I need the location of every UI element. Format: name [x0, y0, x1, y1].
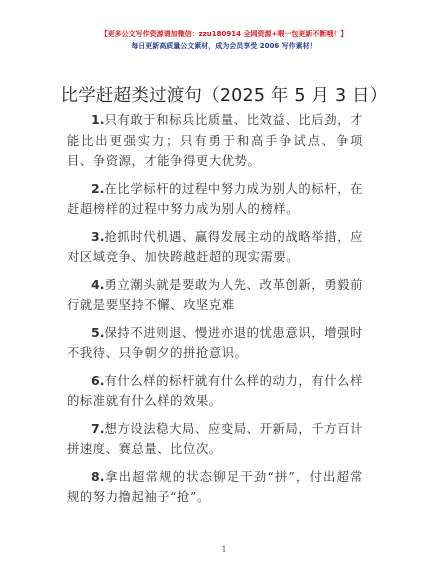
list-item: 2.在比学标杆的过程中努力成为别人的标杆，在赶超榜样的过程中努力成为别人的榜样。: [67, 179, 363, 220]
item-text: 有什么样的标杆就有什么样的动力，有什么样的标准就有什么样的效果。: [67, 374, 363, 409]
item-text: 抢抓时代机遇、赢得发展主动的战略举措，应对区域竞争、加快跨越赶超的现实需要。: [67, 230, 363, 265]
list-item: 7.想方设法稳大局、应变局、开新局，千方百计拼速度、赛总量、比位次。: [67, 419, 363, 460]
page-number: 1: [0, 545, 448, 554]
item-number: 8.: [91, 469, 104, 484]
item-number: 5.: [91, 325, 104, 340]
item-text: 保持不进则退、慢进亦退的忧患意识，增强时不我待、只争朝夕的拼抢意识。: [67, 326, 363, 361]
item-text: 只有敢于和标兵比质量、比效益、比后劲，才能比出更强实力；只有勇于和高手争试点、争…: [67, 113, 363, 168]
item-text: 勇立潮头就是要敢为人先、改革创新，勇毅前行就是要坚持不懈、攻坚克难: [67, 278, 363, 313]
promo-banner-line-1: 【更多公文写作资源请加微信：zzu180914 全网资源+喂一包更新不断哦！】: [0, 29, 448, 39]
document-page: 【更多公文写作资源请加微信：zzu180914 全网资源+喂一包更新不断哦！】 …: [0, 0, 448, 580]
list-item: 5.保持不进则退、慢进亦退的忧患意识，增强时不我待、只争朝夕的拼抢意识。: [67, 323, 363, 364]
item-text: 拿出超常规的状态铆足干劲“拼”，付出超常规的努力撸起袖子“抢”。: [67, 470, 363, 505]
list-item: 4.勇立潮头就是要敢为人先、改革创新，勇毅前行就是要坚持不懈、攻坚克难: [67, 275, 363, 316]
list-item: 3.抢抓时代机遇、赢得发展主动的战略举措，应对区域竞争、加快跨越赶超的现实需要。: [67, 227, 363, 268]
item-number: 4.: [91, 277, 104, 292]
item-text: 在比学标杆的过程中努力成为别人的标杆，在赶超榜样的过程中努力成为别人的榜样。: [67, 182, 363, 217]
sentence-list: 1.只有敢于和标兵比质量、比效益、比后劲，才能比出更强实力；只有勇于和高手争试点…: [67, 110, 363, 515]
promo-banner-line-2: 每日更新高质量公文素材，成为会员享受 2006 写作素材！: [0, 41, 448, 51]
item-number: 7.: [91, 421, 104, 436]
document-title: 比学赶超类过渡句（2025 年 5 月 3 日）: [0, 82, 448, 107]
list-item: 1.只有敢于和标兵比质量、比效益、比后劲，才能比出更强实力；只有勇于和高手争试点…: [67, 110, 363, 172]
list-item: 8.拿出超常规的状态铆足干劲“拼”，付出超常规的努力撸起袖子“抢”。: [67, 467, 363, 508]
item-number: 3.: [91, 229, 104, 244]
item-number: 1.: [91, 112, 104, 127]
list-item: 6.有什么样的标杆就有什么样的动力，有什么样的标准就有什么样的效果。: [67, 371, 363, 412]
item-text: 想方设法稳大局、应变局、开新局，千方百计拼速度、赛总量、比位次。: [67, 422, 363, 457]
item-number: 6.: [91, 373, 104, 388]
item-number: 2.: [91, 181, 104, 196]
